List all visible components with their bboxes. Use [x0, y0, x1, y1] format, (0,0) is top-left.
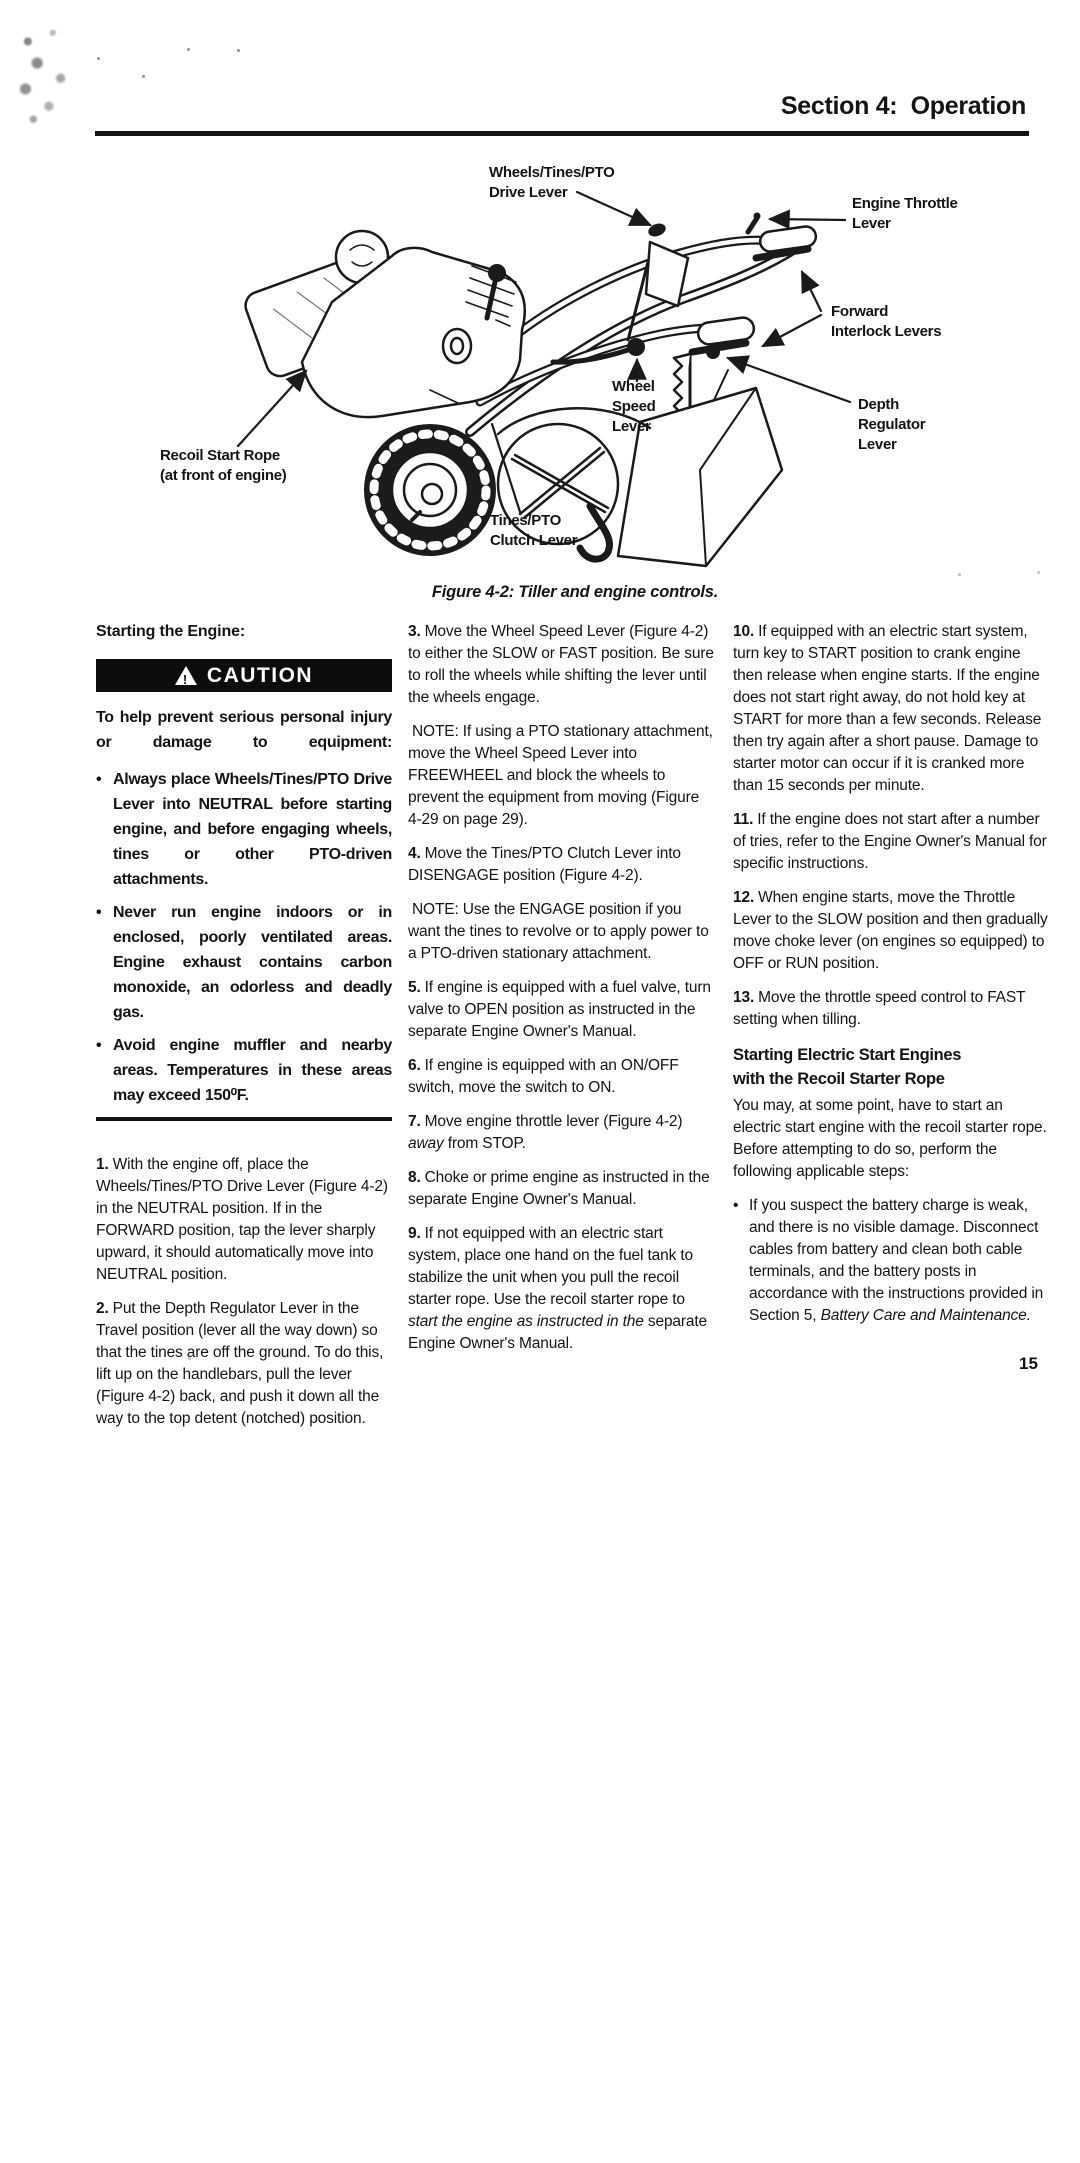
step-7: 7.Move engine throttle lever (Figure 4-2… [408, 1111, 716, 1155]
label-engine-throttle-lever: Engine Throttle Lever [852, 194, 958, 234]
page-title: Section 4: Operation [781, 92, 1026, 121]
scan-speck [1037, 571, 1040, 574]
caution-bullet-list: Always place Wheels/Tines/PTO Drive Leve… [96, 767, 392, 1108]
steps-1-2: 1.With the engine off, place the Wheels/… [96, 1154, 392, 1430]
step-text: If engine is equipped with a fuel valve,… [408, 979, 711, 1040]
step-number: 4. [408, 845, 421, 862]
throttle-lever-art [646, 213, 760, 239]
step-text-italic: start the engine as instructed in the [408, 1313, 644, 1330]
step-number: 5. [408, 979, 421, 996]
step-13: 13.Move the throttle speed control to FA… [733, 987, 1049, 1031]
step-11: 11.If the engine does not start after a … [733, 809, 1049, 875]
scan-speck [97, 57, 100, 60]
scan-speck [237, 49, 240, 52]
step-text: from STOP. [444, 1135, 526, 1152]
scan-speck [187, 48, 190, 51]
label-wheels-tines-pto-drive-lever: Wheels/Tines/PTO Drive Lever [489, 163, 615, 203]
manual-page: Section 4: Operation [0, 0, 1080, 2163]
step-12: 12.When engine starts, move the Throttle… [733, 887, 1049, 975]
step-text: Move the Tines/PTO Clutch Lever into DIS… [408, 845, 681, 884]
caution-bullet: Avoid engine muffler and nearby areas. T… [96, 1033, 392, 1108]
step-6: 6.If engine is equipped with an ON/OFF s… [408, 1055, 716, 1099]
step-number: 11. [733, 811, 753, 828]
step-1: 1.With the engine off, place the Wheels/… [96, 1154, 392, 1286]
step-text: Move the throttle speed control to FAST … [733, 989, 1025, 1028]
starting-engine-heading: Starting the Engine: [96, 621, 392, 643]
step-text-italic: away [408, 1135, 444, 1152]
step-text: If engine is equipped with an ON/OFF swi… [408, 1057, 679, 1096]
step-4: 4.Move the Tines/PTO Clutch Lever into D… [408, 843, 716, 887]
column-right: 10.If equipped with an electric start sy… [733, 621, 1049, 1327]
bullet-text: If you suspect the battery charge is wea… [749, 1197, 1043, 1324]
step-10: 10.If equipped with an electric start sy… [733, 621, 1049, 797]
label-tines-pto-clutch-lever: Tines/PTO Clutch Lever [490, 511, 577, 551]
caution-bullet: Always place Wheels/Tines/PTO Drive Leve… [96, 767, 392, 892]
wheel [364, 424, 496, 556]
step-9: 9.If not equipped with an electric start… [408, 1223, 716, 1355]
label-wheel-speed-lever: Wheel Speed Lever [612, 377, 656, 437]
caution-divider [96, 1117, 392, 1121]
step-number: 7. [408, 1113, 421, 1130]
step-number: 12. [733, 889, 754, 906]
caution-banner: CAUTION [96, 659, 392, 692]
step-text: NOTE: Use the ENGAGE position if you wan… [408, 901, 709, 962]
step-text: Move engine throttle lever (Figure 4-2) [425, 1113, 683, 1130]
scan-speck [958, 573, 961, 576]
step-number: 10. [733, 623, 754, 640]
warning-triangle-icon [175, 666, 197, 685]
scan-noise-patch [6, 22, 84, 130]
step-text: When engine starts, move the Throttle Le… [733, 889, 1048, 972]
step-text: Put the Depth Regulator Lever in the Tra… [96, 1300, 383, 1427]
step-text: If equipped with an electric start syste… [733, 623, 1041, 794]
step-text: If not equipped with an electric start s… [408, 1225, 693, 1308]
step-text: With the engine off, place the Wheels/Ti… [96, 1156, 388, 1283]
step-text: Move the Wheel Speed Lever (Figure 4-2) … [408, 623, 714, 706]
header-rule [95, 131, 1029, 136]
label-depth-regulator-lever: Depth Regulator Lever [858, 395, 925, 455]
electric-start-heading: Starting Electric Start Engines with the… [733, 1043, 1049, 1091]
step-5: 5.If engine is equipped with a fuel valv… [408, 977, 716, 1043]
column-middle: 3.Move the Wheel Speed Lever (Figure 4-2… [408, 621, 716, 1367]
step-2: 2.Put the Depth Regulator Lever in the T… [96, 1298, 392, 1430]
step-number: 6. [408, 1057, 421, 1074]
step-8: 8.Choke or prime engine as instructed in… [408, 1167, 716, 1211]
bullet-text-italic: Battery Care and Maintenance. [821, 1307, 1031, 1324]
step-text: If the engine does not start after a num… [733, 811, 1047, 872]
note-engage: NOTE: Use the ENGAGE position if you wan… [408, 899, 716, 965]
step-number: 13. [733, 989, 754, 1006]
column-left: Starting the Engine: CAUTION To help pre… [96, 621, 392, 1442]
caution-lead: To help prevent serious personal injury … [96, 705, 392, 755]
step-number: 8. [408, 1169, 421, 1186]
electric-start-paragraph: You may, at some point, have to start an… [733, 1095, 1049, 1183]
label-recoil-start-rope: Recoil Start Rope (at front of engine) [160, 446, 286, 486]
page-number: 15 [1019, 1354, 1038, 1374]
figure-caption: Figure 4-2: Tiller and engine controls. [375, 583, 775, 602]
scan-speck [142, 75, 145, 78]
step-number: 2. [96, 1300, 109, 1317]
caution-bullet: Never run engine indoors or in enclosed,… [96, 900, 392, 1025]
caution-title: CAUTION [207, 665, 313, 687]
step-text: Choke or prime engine as instructed in t… [408, 1169, 710, 1208]
battery-bullet: If you suspect the battery charge is wea… [733, 1195, 1049, 1327]
step-number: 9. [408, 1225, 421, 1242]
step-text: NOTE: If using a PTO stationary attachme… [408, 723, 713, 828]
note-freewheel: NOTE: If using a PTO stationary attachme… [408, 721, 716, 831]
step-number: 3. [408, 623, 421, 640]
step-number: 1. [96, 1156, 109, 1173]
step-3: 3.Move the Wheel Speed Lever (Figure 4-2… [408, 621, 716, 709]
label-forward-interlock-levers: Forward Interlock Levers [831, 302, 941, 342]
